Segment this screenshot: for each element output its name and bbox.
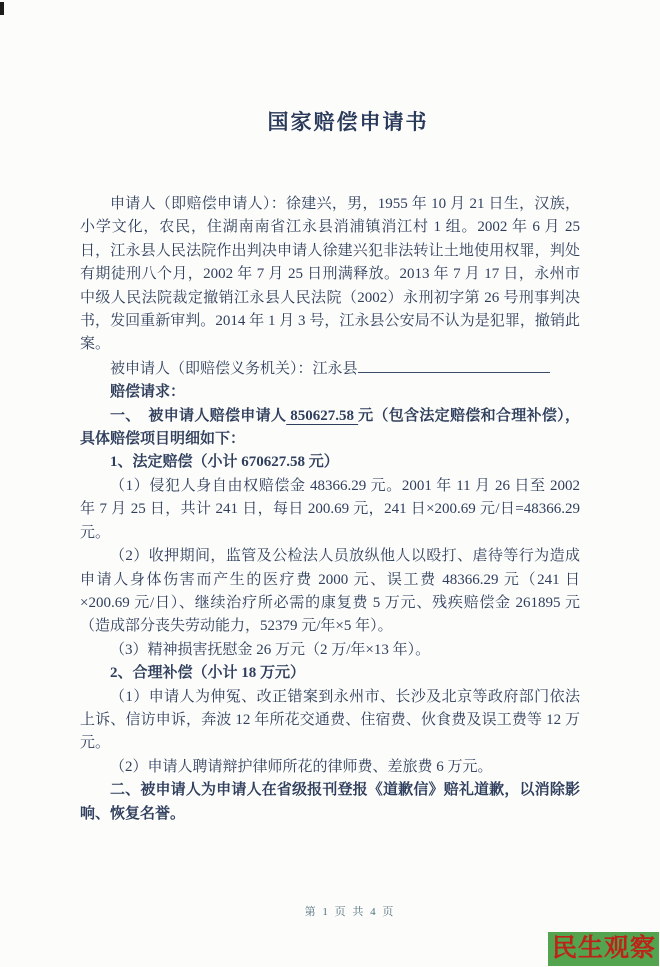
legal-item-1: （1）侵犯人身自由权赔偿金 48366.29 元。2001 年 11 月 26 … [80, 475, 580, 545]
legal-compensation-heading: 1、法定赔偿（小计 670627.58 元） [80, 451, 580, 474]
document-title: 国家赔偿申请书 [18, 106, 660, 136]
watermark-banner: 民生观察 [548, 932, 659, 966]
page-number-indicator: 第 1 页 共 4 页 [20, 903, 660, 919]
paragraph-claim-1: 一、 被申请人赔偿申请人 850627.58 元（包含法定赔偿和合理补偿），具体… [80, 405, 580, 452]
claims-heading: 赔偿请求： [80, 381, 580, 404]
reasonable-item-1: （1）申请人为伸冤、改正错案到永州市、长沙及北京等政府部门依法上诉、信访申诉，奔… [80, 686, 580, 756]
legal-item-3: （3）精神损害抚慰金 26 万元（2 万/年×13 年）。 [80, 639, 580, 662]
paragraph-applicant: 申请人（即赔偿申请人）：徐建兴，男，1955 年 10 月 21 日生，汉族，小… [80, 193, 580, 357]
respondent-blank-line [358, 357, 550, 373]
claim-1-total-amount: 850627.58 [286, 408, 358, 424]
legal-item-2: （2）收押期间，监管及公检法人员放纵他人以殴打、虐待等行为造成申请人身体伤害而产… [80, 545, 580, 639]
document-body: 申请人（即赔偿申请人）：徐建兴，男，1955 年 10 月 21 日生，汉族，小… [80, 193, 580, 826]
scanned-document-page: 国家赔偿申请书 申请人（即赔偿申请人）：徐建兴，男，1955 年 10 月 21… [0, 0, 660, 967]
scan-artifact [0, 2, 4, 15]
reasonable-compensation-heading: 2、合理补偿（小计 18 万元） [80, 662, 580, 685]
respondent-label: 被申请人（即赔偿义务机关）：江永县 [110, 361, 358, 377]
paragraph-claim-2: 二、被申请人为申请人在省级报刊登报《道歉信》赔礼道歉，以消除影响、恢复名誉。 [80, 779, 580, 826]
paragraph-respondent: 被申请人（即赔偿义务机关）：江永县 [80, 357, 580, 381]
reasonable-item-2: （2）申请人聘请辩护律师所花的律师费、差旅费 6 万元。 [80, 756, 580, 779]
claim-1-text-pre: 一、 被申请人赔偿申请人 [110, 408, 286, 424]
